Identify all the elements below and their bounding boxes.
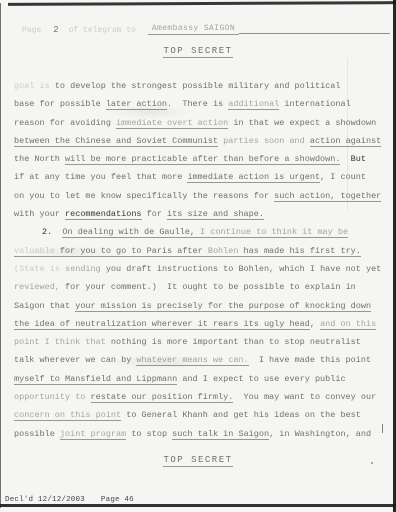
text-segment: reason for avoiding: [14, 118, 116, 128]
text-segment: (State is: [14, 264, 65, 274]
classification-top-text: TOP SECRET: [163, 46, 232, 58]
text-segment: opportunity to: [14, 392, 91, 402]
text-segment: Saigon that: [14, 301, 75, 311]
text-segment: has made his first try.: [238, 246, 360, 257]
text-line: between the Chinese and Soviet Communist…: [14, 132, 392, 150]
text-segment: reviewed,: [14, 282, 60, 292]
header-page-number: 2: [53, 25, 58, 35]
text-segment: immediate action is urgent: [187, 172, 320, 183]
text-segment: its size and shape.: [167, 209, 264, 220]
text-line: myself to Mansfield and Lippmann and I e…: [14, 370, 392, 388]
text-line: concern on this point to General Khanh a…: [14, 406, 392, 424]
header-prefix: Page: [22, 26, 41, 35]
footer-page-label: Page 46: [101, 496, 134, 504]
text-line: goal is to develop the strongest possibl…: [14, 77, 392, 95]
text-segment: myself to Mansfield and Lippmann: [14, 374, 177, 385]
text-segment: in that we expect a showdown: [228, 118, 376, 128]
text-segment: on you to let me know specifically the r…: [14, 191, 274, 201]
text-segment: for your comment.) It ought to be possib…: [60, 282, 356, 292]
text-segment: such action, together: [274, 191, 381, 202]
classification-stamp-top: TOP SECRET: [0, 46, 396, 56]
text-segment: joint program: [60, 429, 126, 440]
text-line: with your recommendations for its size a…: [14, 205, 392, 223]
text-segment: immediate overt action: [116, 118, 228, 129]
text-segment: you draft instructions to Bohlen, which …: [101, 264, 382, 274]
footer-declassified-stamp: Decl'd 12/12/2003: [5, 496, 85, 504]
scan-edge-top: [8, 1, 396, 6]
text-segment: talk wherever we can by: [14, 355, 136, 365]
text-segment: will be more practicable after than befo…: [65, 154, 340, 165]
text-segment: whatever means we can.: [136, 355, 248, 366]
text-segment: additional: [228, 99, 279, 110]
header-rule-line: [239, 32, 390, 34]
text-segment: , I count: [320, 172, 366, 182]
page-header: Page 2 of telegram to Amembassy SAIGON: [22, 24, 390, 35]
text-segment: nothing is more important than to stop n…: [111, 337, 361, 347]
text-segment: to develop the strongest possible milita…: [50, 81, 341, 91]
text-segment: recommendations: [65, 209, 142, 220]
text-line: on you to let me know specifically the r…: [14, 187, 392, 205]
text-line: (State is sending you draft instructions…: [14, 260, 392, 278]
text-segment: later action: [106, 99, 167, 110]
text-segment: 2.: [42, 227, 62, 237]
scanned-document-page: Page 2 of telegram to Amembassy SAIGON T…: [0, 0, 396, 512]
text-line: point I think that nothing is more impor…: [14, 333, 392, 351]
text-segment: restate our position firmly.: [91, 392, 234, 403]
text-segment: I have made this point: [249, 355, 371, 365]
text-segment: such talk in Saigon: [172, 429, 269, 440]
text-segment: goal is: [14, 81, 50, 91]
text-line: talk wherever we can by whatever means w…: [14, 351, 392, 369]
text-segment: , in Washington, and: [269, 429, 371, 439]
text-line: the idea of neutralization wherever it r…: [14, 315, 392, 333]
text-segment: the idea of neutralization wherever it r…: [14, 319, 310, 330]
text-segment: with your: [14, 209, 65, 219]
text-segment: I continue to think it may be: [200, 227, 348, 238]
header-middle: of telegram to: [69, 26, 136, 35]
text-line: if at any time you feel that more immedi…: [14, 168, 392, 186]
scan-edge-left: [0, 3, 1, 508]
text-line: 2. On dealing with de Gaulle, I continue…: [14, 223, 392, 241]
text-line: base for possible later action. There is…: [14, 95, 392, 113]
text-segment: and on this: [320, 319, 376, 330]
text-segment: for: [142, 209, 168, 219]
classification-bottom-text: TOP SECRET: [163, 455, 232, 467]
text-segment: between the Chinese and Soviet Communist: [14, 136, 218, 147]
text-segment: [340, 154, 350, 164]
text-line: reviewed, for your comment.) It ought to…: [14, 278, 392, 296]
text-segment: to General Khanh and get his ideas on th…: [121, 410, 361, 420]
page-footer: Decl'd 12/12/2003 Page 46: [5, 496, 134, 504]
text-segment: your mission is precisely for the purpos…: [75, 301, 371, 312]
scan-edge-bottom: [0, 504, 396, 507]
text-segment: international: [279, 99, 350, 109]
text-segment: concern on this point: [14, 410, 121, 421]
text-segment: point I think that: [14, 337, 111, 347]
text-line: valuable for you to go to Paris after Bo…: [14, 242, 392, 260]
text-segment: You may want to convey our: [233, 392, 376, 402]
text-segment: possible: [14, 429, 60, 439]
text-segment: sending: [65, 264, 101, 274]
text-segment: valuable: [14, 246, 55, 257]
text-segment: . There is: [167, 99, 228, 109]
header-addressee: Amembassy SAIGON: [148, 24, 239, 35]
text-line: reason for avoiding immediate overt acti…: [14, 114, 392, 132]
text-segment: to stop: [126, 429, 172, 439]
text-line: Saigon that your mission is precisely fo…: [14, 297, 392, 315]
text-segment: parties soon and: [218, 136, 310, 146]
text-segment: action against: [310, 136, 381, 147]
text-segment: Bohlen: [208, 246, 239, 257]
text-segment: base for possible: [14, 99, 106, 109]
text-segment: ,: [310, 319, 320, 329]
text-segment: On dealing with de Gaulle,: [62, 227, 200, 238]
text-line: possible joint program to stop such talk…: [14, 425, 392, 443]
text-segment: if at any time you feel that more: [14, 172, 187, 182]
text-segment: and I expect to use every public: [177, 374, 345, 384]
text-segment: But: [351, 154, 366, 164]
document-body: goal is to develop the strongest possibl…: [14, 77, 392, 443]
text-line: opportunity to restate our position firm…: [14, 388, 392, 406]
text-segment: for you to go to Paris after: [55, 246, 208, 257]
classification-stamp-bottom: TOP SECRET: [0, 455, 396, 465]
text-line: the North will be more practicable after…: [14, 150, 392, 168]
text-segment: the North: [14, 154, 65, 164]
